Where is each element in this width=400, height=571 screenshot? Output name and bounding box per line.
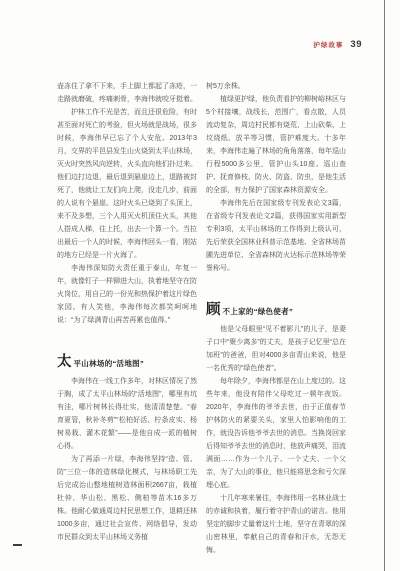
- section-header-live-map: 太 平山林场的“活地图”: [57, 355, 197, 370]
- page-number: 39: [350, 39, 362, 50]
- page-edge-line: [384, 0, 385, 571]
- section-dropcap: 顾: [206, 303, 221, 318]
- paragraph: 树5万余株。: [206, 80, 346, 93]
- magazine-page: 护绿故事 39 壶冻住了拿不下来，手上脚上都起了冻疮，一走路就磨破，疼痛刺骨，李…: [0, 0, 400, 571]
- paragraph: 每年除夕，李海伟都是在山上度过的。这些年来，他没有陪伴父母吃过一顿年夜饭。202…: [206, 375, 346, 492]
- section-title: 平山林场的“活地图”: [74, 358, 145, 370]
- paragraph: 十几年寒来暑往，李海伟用一名林业战士的赤诚和执着，履行着守护青山的诺言。他用坚定…: [206, 492, 346, 557]
- paragraph: 壶冻住了拿不下来，手上脚上都起了冻疮，一走路就磨破，疼痛刺骨，李海伟就咬牙挺着。: [57, 80, 197, 106]
- section-title: 不上家的“绿色使者”: [223, 306, 294, 318]
- right-column: 树5万余株。 植绿更护绿，他负责看护的柳树峪林区与5个村接壤，战线长，范围广，看…: [206, 80, 346, 557]
- page-header: 护绿故事 39: [313, 39, 362, 50]
- section-header-green-envoy: 顾 不上家的“绿色使者”: [206, 303, 346, 318]
- column-tag: 护绿故事: [313, 40, 343, 49]
- article-body: 壶冻住了拿不下来，手上脚上都起了冻疮，一走路就磨破，疼痛刺骨，李海伟就咬牙挺着。…: [57, 80, 346, 557]
- paragraph: 李海伟先后在国家级专刊发表论文3篇，在省级专刊发表论文2篇，获得国家实用新型专利…: [206, 197, 346, 275]
- paragraph: 李海伟深知防火责任重于泰山，年复一年，就像钉子一样铆进大山，执着地坚守在防火岗位…: [57, 262, 197, 327]
- paragraph: 他是父母眼里“见不着影儿”的儿子，是妻子口中“聚少离多”的丈夫，是孩子记忆里“总…: [206, 323, 346, 375]
- paragraph: 护林工作不光是苦，而且还很危险，有时甚至面对死亡的考验，但火场就是战场，很多时候…: [57, 106, 197, 262]
- crop-mark: [13, 544, 22, 546]
- paragraph: 为了再添一片绿，李海伟坚持“造、管、防”三位一体的造林绿化模式，与林场职工先后完…: [57, 453, 197, 544]
- left-column: 壶冻住了拿不下来，手上脚上都起了冻疮，一走路就磨破，疼痛刺骨，李海伟就咬牙挺着。…: [57, 80, 197, 557]
- paragraph: 李海伟在一线工作多年，对林区情况了然于胸，成了太平山林场的“活地图”，哪里有坑有…: [57, 375, 197, 453]
- paragraph: 植绿更护绿，他负责看护的柳树峪林区与5个村接壤，战线长，范围广，看点散，人员流动…: [206, 93, 346, 197]
- section-dropcap: 太: [57, 355, 72, 370]
